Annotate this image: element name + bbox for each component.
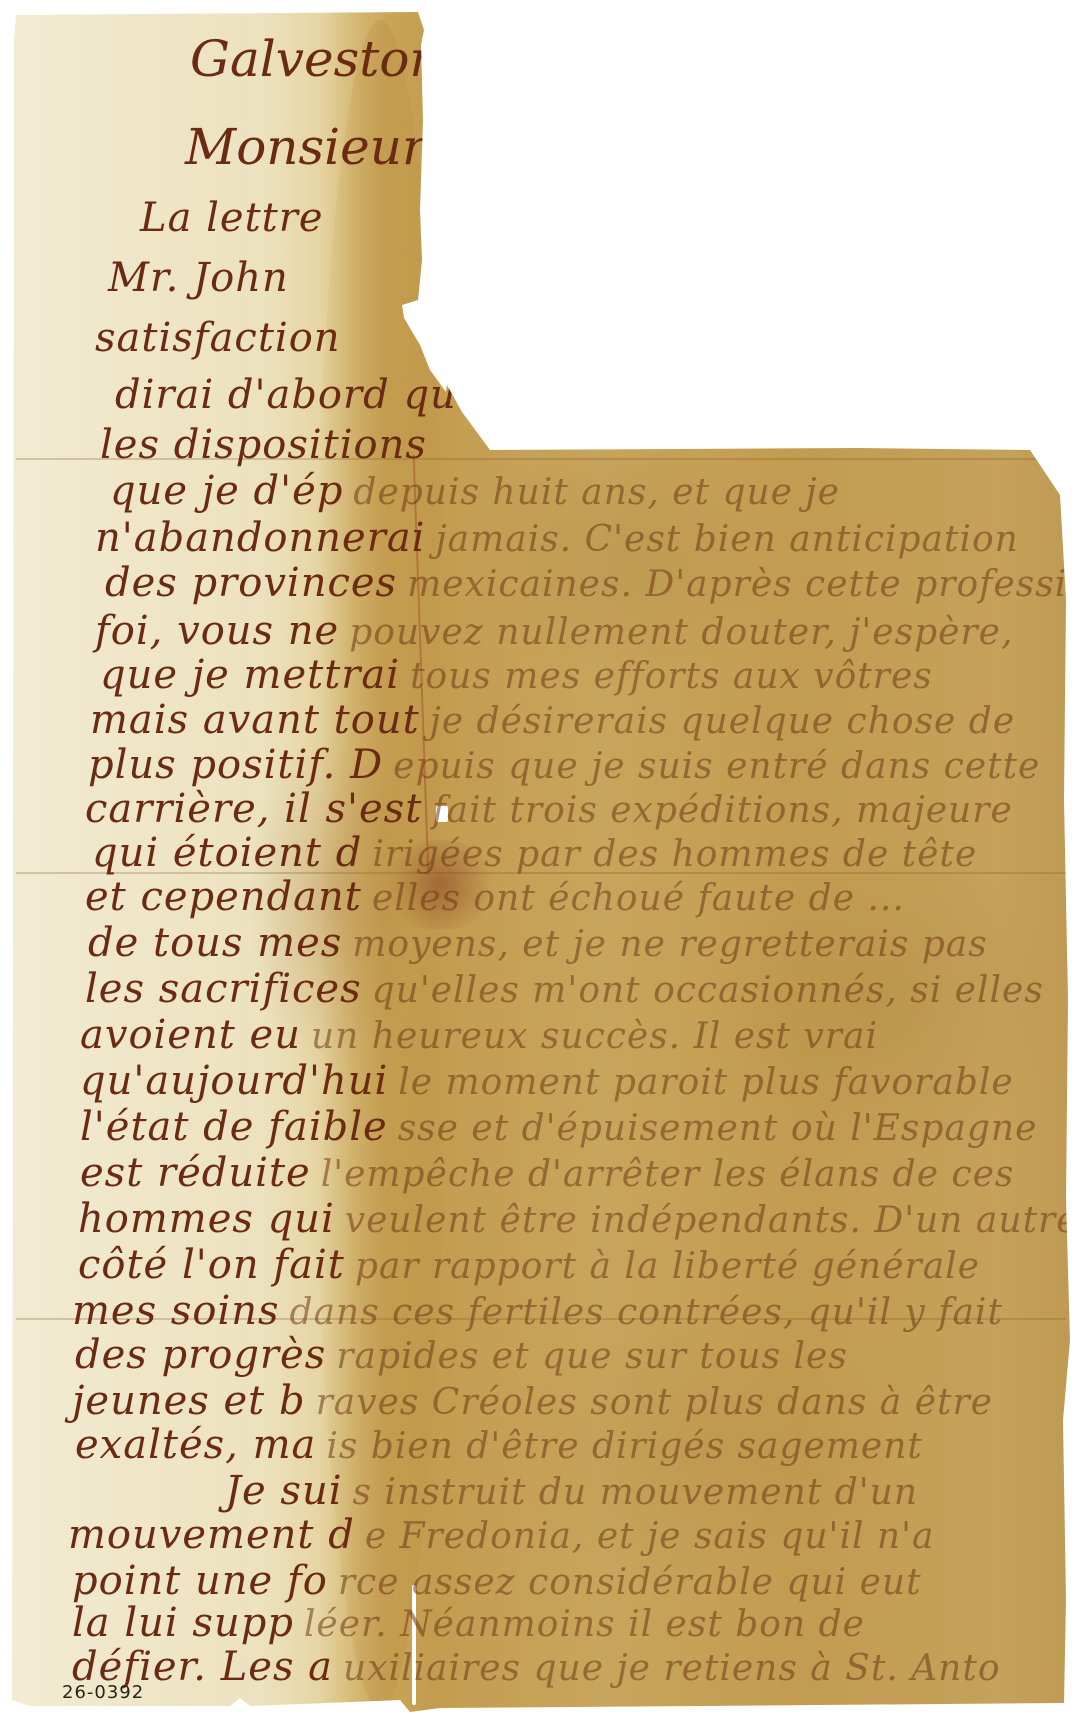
text-line: que je mettraitous mes efforts aux vôtre… [100, 652, 933, 698]
text-line: mais avant toutje désirerais quelque cho… [90, 697, 1015, 743]
text-line: point une force assez considérable qui e… [72, 1558, 922, 1604]
text-line: des progrèsrapides et que sur tous les [75, 1332, 848, 1378]
text-line: la lui suppléer. Néanmoins il est bon de [72, 1600, 865, 1646]
accession-number: 26-0392 [62, 1682, 144, 1703]
text-line: des provincesmexicaines. D'après cette p… [105, 560, 1080, 606]
text-line: Mr. John [108, 255, 299, 301]
text-line: carrière, il s'estfait trois expéditions… [85, 786, 1013, 832]
text-line: mes soinsdans ces fertiles contrées, qu'… [72, 1288, 1003, 1334]
text-line: côté l'on faitpar rapport à la liberté g… [78, 1242, 980, 1288]
text-line: les sacrificesqu'elles m'ont occasionnés… [85, 966, 1044, 1012]
text-line: n'abandonneraijamais. C'est bien anticip… [95, 515, 1019, 561]
text-line: La lettre [140, 195, 334, 241]
text-line: qu'aujourd'huile moment paroit plus favo… [80, 1058, 1014, 1104]
salutation: Monsieur [185, 118, 426, 176]
text-line: satisfaction [95, 315, 351, 361]
text-line: de tous mesmoyens, et je ne regretterais… [88, 920, 988, 966]
text-line: qui étoient dirigées par des hommes de t… [92, 830, 977, 876]
text-line: mouvement de Fredonia, et je sais qu'il … [68, 1512, 934, 1558]
text-line: est réduitel'empêche d'arrêter les élans… [80, 1150, 1014, 1196]
place-heading: Galveston [190, 30, 442, 88]
letter-paper: Galveston Monsieur La lettre Mr. John sa… [0, 0, 1080, 1731]
text-line: plus positif. Depuis que je suis entré d… [88, 742, 1040, 788]
text-line: Je suis instruit du mouvement d'un [225, 1468, 918, 1514]
text-line: jeunes et braves Créoles sont plus dans … [72, 1378, 993, 1424]
text-line: foi, vous nepouvez nullement douter, j'e… [95, 608, 1013, 654]
text-line: dirai d'abord qu [115, 372, 467, 418]
text-line: que je d'épdepuis huit ans, et que je [110, 468, 840, 514]
text-line: exaltés, mais bien d'être dirigés sageme… [75, 1422, 923, 1468]
text-line: les dispositions [100, 422, 437, 468]
text-line: et cependantelles ont échoué faute de ..… [85, 874, 905, 920]
text-line: défier. Les auxiliaires que je retiens à… [72, 1644, 1001, 1690]
text-line: avoient euun heureux succès. Il est vrai [80, 1012, 878, 1058]
text-line: hommes quiveulent être indépendants. D'u… [78, 1196, 1079, 1242]
document-scan: Galveston Monsieur La lettre Mr. John sa… [0, 0, 1080, 1731]
text-line: l'état de faiblesse et d'épuisement où l… [80, 1104, 1037, 1150]
